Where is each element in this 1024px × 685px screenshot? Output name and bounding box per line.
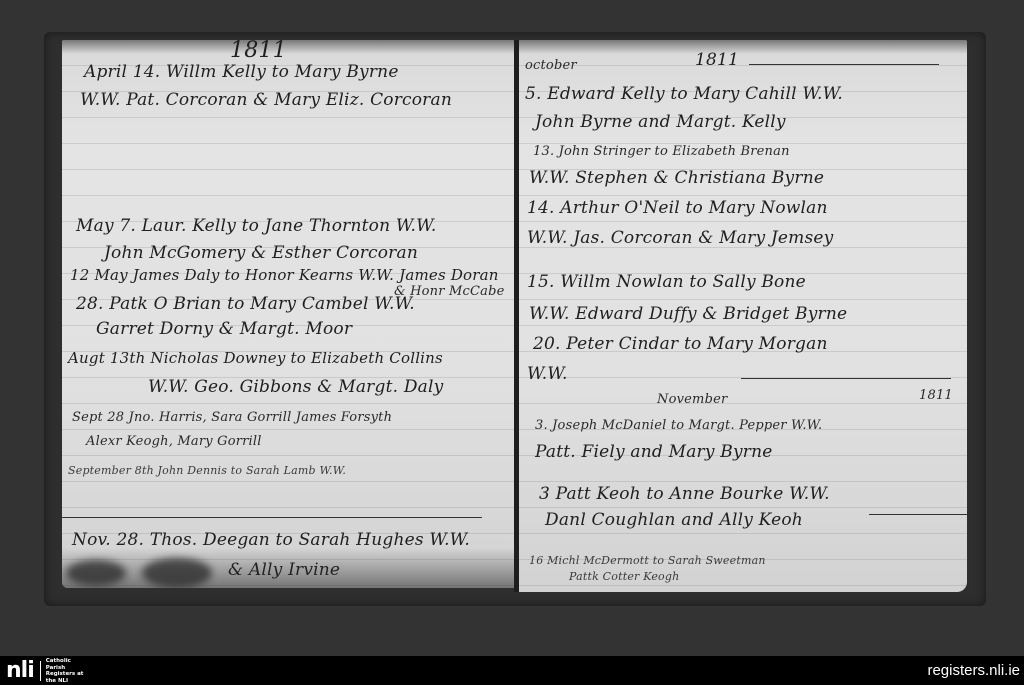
register-entry: Pattk Cotter Keogh — [569, 570, 679, 583]
register-entry: 3 Patt Keoh to Anne Bourke W.W. — [539, 484, 830, 504]
register-entry: May 7. Laur. Kelly to Jane Thornton W.W. — [76, 216, 436, 236]
register-entry: Sept 28 Jno. Harris, Sara Gorrill James … — [72, 410, 392, 425]
right-page: october 1811 5. Edward Kelly to Mary Cah… — [519, 40, 967, 592]
register-entry: Garret Dorny & Margt. Moor — [96, 319, 352, 339]
page-shadow — [62, 548, 514, 588]
register-entry: Augt 13th Nicholas Downey to Elizabeth C… — [68, 349, 443, 367]
register-entry: Patt. Fiely and Mary Byrne — [535, 442, 773, 462]
register-entry: 16 Michl McDermott to Sarah Sweetman — [529, 554, 766, 567]
register-entry: April 14. Willm Kelly to Mary Byrne — [84, 62, 399, 82]
divider-line — [869, 514, 967, 515]
month-heading: october — [525, 58, 577, 73]
register-entry: 28. Patk O Brian to Mary Cambel W.W. — [76, 294, 415, 314]
page-shadow — [62, 40, 514, 54]
register-entry: 5. Edward Kelly to Mary Cahill W.W. — [525, 84, 843, 104]
page-shadow — [519, 40, 967, 54]
register-entry: Alexr Keogh, Mary Gorrill — [86, 434, 262, 449]
register-entry: John Byrne and Margt. Kelly — [535, 112, 786, 132]
divider-line — [749, 64, 939, 65]
divider-line — [741, 378, 951, 379]
register-entry: 14. Arthur O'Neil to Mary Nowlan — [527, 198, 828, 218]
register-entry: September 8th John Dennis to Sarah Lamb … — [68, 464, 346, 477]
register-entry: W.W. Pat. Corcoran & Mary Eliz. Corcoran — [80, 90, 452, 110]
register-entry: W.W. Stephen & Christiana Byrne — [529, 168, 824, 188]
logo-caption: Catholic Parish Registers at the NLI — [46, 658, 90, 684]
left-page: 1811 April 14. Willm Kelly to Mary Byrne… — [62, 40, 514, 588]
register-entry: W.W. Edward Duffy & Bridget Byrne — [529, 304, 847, 324]
logo-divider — [40, 661, 41, 681]
nli-logo-mark: nli — [6, 660, 34, 682]
register-entry: 3. Joseph McDaniel to Margt. Pepper W.W. — [535, 418, 822, 433]
register-entry: W.W. — [527, 364, 568, 384]
nli-logo[interactable]: nli Catholic Parish Registers at the NLI — [6, 660, 90, 682]
register-entry: Danl Coughlan and Ally Keoh — [545, 510, 803, 530]
register-entry: Nov. 28. Thos. Deegan to Sarah Hughes W.… — [72, 530, 470, 550]
register-entry: W.W. Jas. Corcoran & Mary Jemsey — [527, 228, 833, 248]
divider-line — [62, 517, 482, 518]
registers-site-link[interactable]: registers.nli.ie — [927, 662, 1020, 679]
register-scan[interactable]: 1811 April 14. Willm Kelly to Mary Byrne… — [44, 32, 986, 606]
register-entry: John McGomery & Esther Corcoran — [104, 243, 418, 263]
register-entry: 12 May James Daly to Honor Kearns W.W. J… — [70, 266, 499, 284]
register-entry: 15. Willm Nowlan to Sally Bone — [527, 272, 806, 292]
image-viewer[interactable]: 1811 April 14. Willm Kelly to Mary Byrne… — [0, 0, 1024, 656]
month-heading: November — [657, 392, 727, 407]
year-heading: 1811 — [230, 40, 287, 63]
year-heading: 1811 — [695, 50, 739, 70]
register-entry: W.W. Geo. Gibbons & Margt. Daly — [148, 377, 443, 397]
footer-bar: nli Catholic Parish Registers at the NLI… — [0, 656, 1024, 685]
register-entry: 13. John Stringer to Elizabeth Brenan — [533, 144, 790, 159]
register-entry: 20. Peter Cindar to Mary Morgan — [533, 334, 828, 354]
year-heading: 1811 — [919, 388, 953, 403]
